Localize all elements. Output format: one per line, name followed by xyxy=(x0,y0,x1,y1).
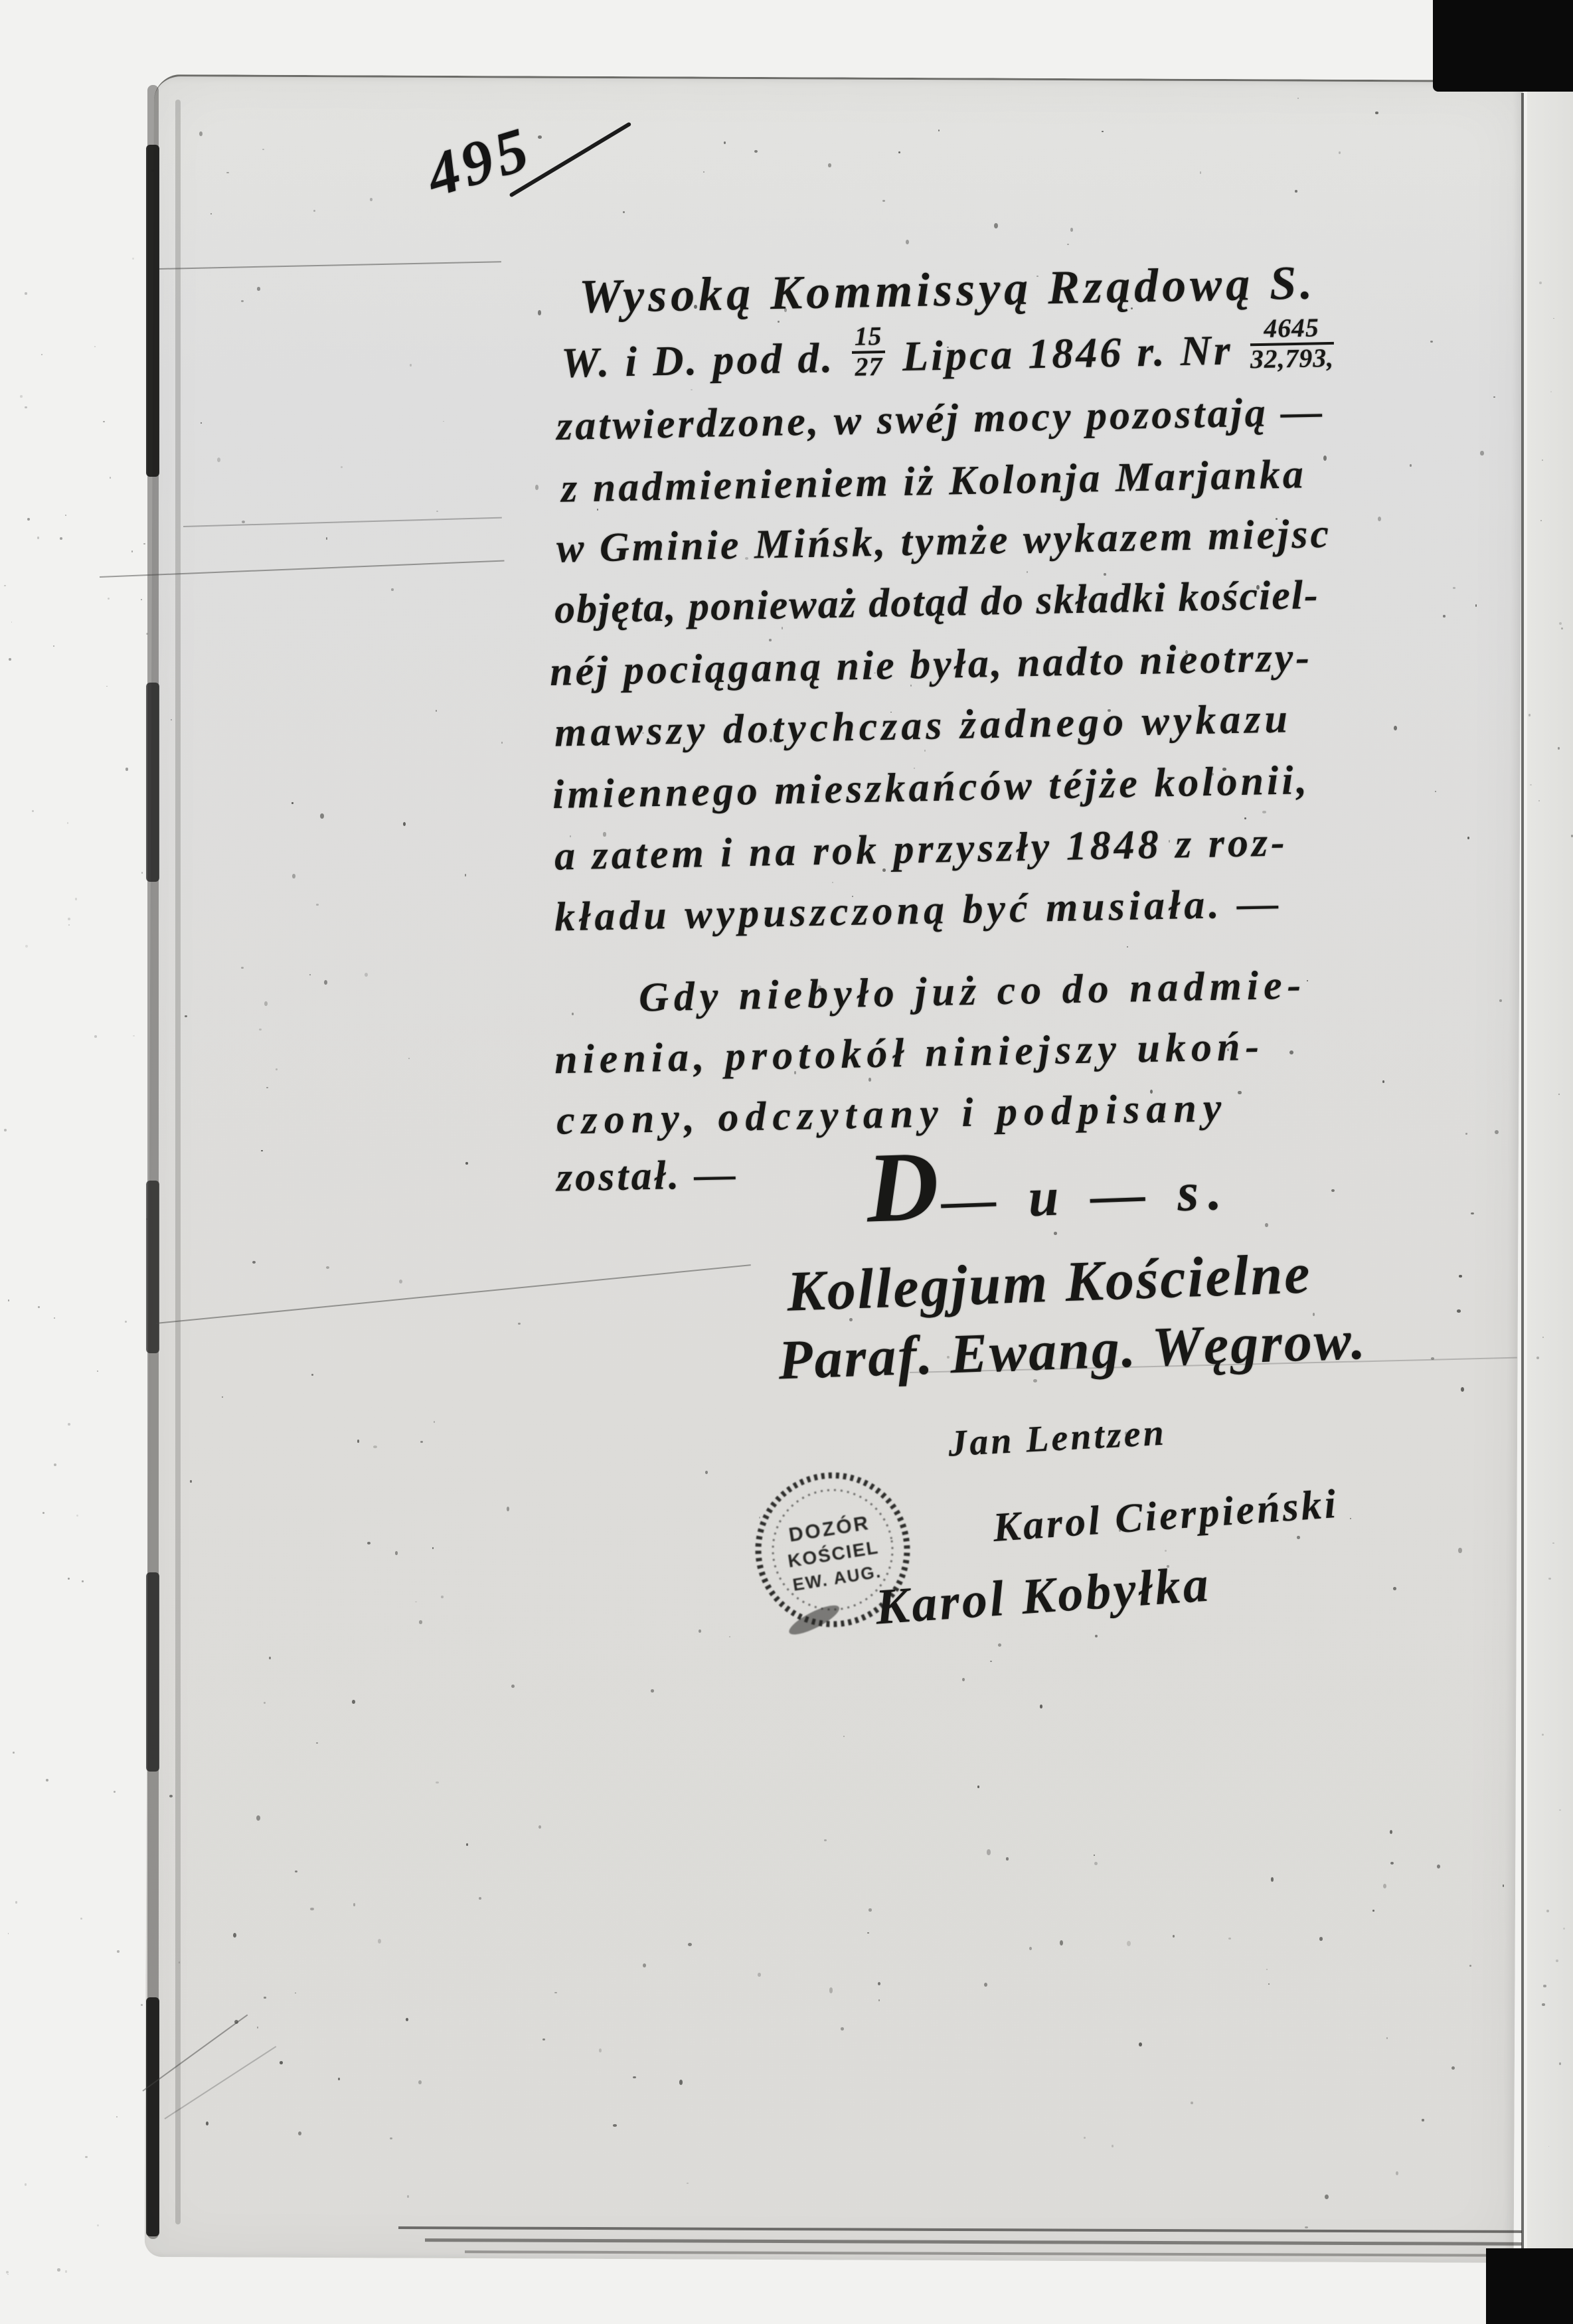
paper-speck xyxy=(1461,1387,1464,1392)
paper-speck xyxy=(1060,1940,1063,1946)
paper-speck xyxy=(217,457,220,462)
paper-speck xyxy=(171,719,172,720)
background-speck xyxy=(116,2116,118,2117)
background-speck xyxy=(68,924,70,926)
paper-speck xyxy=(269,1657,271,1659)
docket-initial: D xyxy=(865,1131,943,1244)
background-speck xyxy=(68,1423,70,1426)
background-speck xyxy=(27,518,30,521)
paper-speck xyxy=(542,2038,545,2040)
paper-speck xyxy=(313,210,315,212)
paper-speck xyxy=(1375,112,1378,114)
paper-speck xyxy=(1289,1050,1293,1054)
paper-speck xyxy=(419,1620,422,1624)
paper-speck xyxy=(434,1421,436,1423)
paper-speck xyxy=(1493,396,1495,398)
paper-speck xyxy=(1459,1275,1462,1278)
paper-speck xyxy=(1457,1309,1461,1312)
paper-speck xyxy=(257,287,260,290)
paper-speck xyxy=(280,2061,283,2064)
background-speck xyxy=(6,2271,9,2274)
background-speck xyxy=(108,598,110,600)
binding-stitch-mark xyxy=(146,1572,159,1772)
paper-speck xyxy=(1331,1189,1335,1193)
paper-speck xyxy=(1094,1855,1095,1856)
background-speck xyxy=(132,258,134,260)
paper-speck xyxy=(406,2018,408,2021)
paper-speck xyxy=(998,1643,1001,1647)
background-speck xyxy=(8,1933,9,1934)
paper-speck xyxy=(352,1700,355,1704)
binding-edge xyxy=(147,85,159,2239)
paper-speck xyxy=(264,1997,266,1998)
background-speck xyxy=(20,395,23,398)
background-speck xyxy=(75,898,78,900)
paper-speck xyxy=(869,1908,871,1912)
paper-speck xyxy=(1067,244,1069,245)
paper-speck xyxy=(338,2078,340,2080)
paper-speck xyxy=(1191,2102,1194,2104)
background-speck xyxy=(1561,627,1563,629)
paper-speck xyxy=(1410,464,1412,467)
paper-speck xyxy=(535,485,538,490)
paper-speck xyxy=(408,1058,410,1059)
paper-speck xyxy=(210,213,212,215)
fraction-numerator: 4645 xyxy=(1250,315,1334,346)
paper-speck xyxy=(390,2137,392,2139)
paper-speck xyxy=(242,521,245,523)
page-gutter-line xyxy=(1521,93,1524,2250)
paper-speck xyxy=(222,1396,223,1398)
paper-speck xyxy=(829,1987,833,1993)
paper-speck xyxy=(410,364,411,367)
paper-speck xyxy=(1006,1857,1009,1861)
paper-speck xyxy=(843,1736,845,1737)
paper-speck xyxy=(1297,98,1299,99)
paper-speck xyxy=(403,822,406,826)
paper-speck xyxy=(824,1839,827,1841)
paper-speck xyxy=(1095,1635,1098,1637)
paper-speck xyxy=(316,1742,318,1744)
paper-speck xyxy=(391,588,393,591)
paper-speck xyxy=(703,171,704,173)
background-speck xyxy=(68,1578,70,1580)
paper-speck xyxy=(295,1870,297,1872)
background-speck xyxy=(1548,2146,1550,2147)
paper-speck xyxy=(705,1471,708,1474)
paper-speck xyxy=(1054,1232,1058,1235)
background-speck xyxy=(54,1317,55,1319)
scan-void-corner xyxy=(1433,0,1573,92)
paper-speck xyxy=(724,141,726,144)
paper-speck xyxy=(687,2183,689,2184)
paper-speck xyxy=(326,537,327,540)
fraction-denominator: 32,793, xyxy=(1250,345,1335,373)
paper-speck xyxy=(599,2048,602,2052)
paper-speck xyxy=(1265,1223,1268,1228)
handwritten-line: został. — xyxy=(556,1153,738,1198)
paper-speck xyxy=(987,1849,990,1855)
background-speck xyxy=(143,543,145,545)
paper-speck xyxy=(1029,1947,1032,1950)
paper-speck xyxy=(1443,615,1445,618)
paper-speck xyxy=(311,1374,313,1376)
paper-speck xyxy=(623,211,625,213)
background-speck xyxy=(1529,714,1531,716)
paper-speck xyxy=(436,1782,439,1784)
paper-speck xyxy=(1266,1969,1268,1970)
paper-speck xyxy=(984,1983,987,1987)
line-text: W. i D. pod d. xyxy=(561,334,835,386)
paper-speck xyxy=(1390,1830,1392,1834)
paper-speck xyxy=(418,2080,422,2084)
background-speck xyxy=(1552,1542,1554,1544)
paper-speck xyxy=(256,1815,260,1821)
paper-speck xyxy=(1238,1091,1241,1095)
paper-speck xyxy=(538,310,541,315)
background-speck xyxy=(1536,1357,1539,1359)
paper-speck xyxy=(1139,2042,1141,2046)
paper-speck xyxy=(1499,999,1501,1002)
paper-speck xyxy=(518,1323,521,1325)
paper-speck xyxy=(1503,1884,1505,1888)
background-speck xyxy=(25,292,27,295)
binding-stitch-mark xyxy=(146,1181,159,1353)
paper-speck xyxy=(1430,341,1433,343)
background-speck xyxy=(25,945,28,948)
docket-rest: — u — s. xyxy=(941,1160,1232,1230)
background-speck xyxy=(141,2004,143,2006)
paper-speck xyxy=(276,1068,278,1070)
line-text: Lipca 1846 r. Nr xyxy=(902,327,1233,380)
background-speck xyxy=(1543,1985,1546,1987)
paper-speck xyxy=(1396,2171,1398,2175)
background-speck xyxy=(57,2268,60,2271)
background-speck xyxy=(1539,282,1542,284)
paper-speck xyxy=(1244,817,1246,820)
paper-speck xyxy=(1165,1550,1167,1552)
background-speck xyxy=(125,1321,127,1323)
paper-speck xyxy=(758,1973,761,1977)
paper-speck xyxy=(241,300,244,303)
paper-speck xyxy=(378,1939,381,1944)
paper-speck xyxy=(878,1982,880,1985)
paper-speck xyxy=(507,1507,509,1511)
background-speck xyxy=(1558,747,1560,750)
background-speck xyxy=(85,2156,87,2158)
paper-speck xyxy=(1339,151,1341,154)
background-speck xyxy=(9,658,11,661)
background-speck xyxy=(60,537,62,540)
paper-speck xyxy=(1475,604,1477,606)
background-speck xyxy=(1538,800,1540,801)
background-speck xyxy=(94,1035,97,1038)
background-speck xyxy=(1542,1734,1544,1736)
paper-speck xyxy=(1027,571,1028,573)
paper-speck xyxy=(832,882,833,883)
paper-speck xyxy=(373,1446,377,1448)
paper-speck xyxy=(1386,2037,1388,2039)
paper-speck xyxy=(1271,1877,1274,1881)
paper-speck xyxy=(310,1908,313,1911)
paper-speck xyxy=(1435,791,1436,792)
paper-speck xyxy=(1094,1862,1098,1865)
paper-speck xyxy=(295,1993,296,1994)
background-speck xyxy=(133,1035,135,1037)
binding-stitch-mark xyxy=(146,1997,159,2236)
paper-speck xyxy=(399,1280,402,1284)
paper-speck xyxy=(432,1547,434,1548)
paper-speck xyxy=(479,1897,481,1900)
paper-speck xyxy=(370,198,373,201)
background-speck xyxy=(37,537,39,539)
background-speck xyxy=(32,810,35,813)
paper-speck xyxy=(994,223,998,228)
paper-speck xyxy=(261,1150,263,1151)
paper-speck xyxy=(754,150,758,153)
paper-speck xyxy=(1319,1937,1323,1940)
paper-speck xyxy=(309,974,311,975)
paper-speck xyxy=(465,1162,468,1165)
background-speck xyxy=(97,2224,99,2226)
paper-speck xyxy=(554,1992,557,1993)
background-speck xyxy=(97,1370,98,1372)
background-speck xyxy=(11,622,13,623)
background-speck xyxy=(53,645,54,647)
background-speck xyxy=(7,2274,9,2276)
background-speck xyxy=(65,2270,67,2272)
background-speck xyxy=(41,354,42,355)
paper-speck xyxy=(257,2027,259,2029)
paper-speck xyxy=(226,172,229,173)
paper-speck xyxy=(415,1602,417,1603)
background-speck xyxy=(54,1463,56,1466)
date-fraction: 1527 xyxy=(851,324,885,380)
paper-speck xyxy=(633,2076,636,2078)
paper-speck xyxy=(924,750,926,752)
paper-speck xyxy=(326,1266,329,1269)
background-speck xyxy=(117,1950,120,1953)
paper-speck xyxy=(1383,1884,1386,1888)
paper-speck xyxy=(420,1441,423,1443)
paper-speck xyxy=(1262,811,1266,813)
background-speck xyxy=(8,1299,10,1301)
background-speck xyxy=(1542,2003,1544,2006)
paper-speck xyxy=(1372,1910,1374,1911)
paper-speck xyxy=(395,1551,398,1554)
paper-speck xyxy=(962,1678,965,1681)
background-speck xyxy=(4,1129,7,1131)
docket-flourish: D— u — s. xyxy=(865,1125,1232,1238)
background-speck xyxy=(15,1901,18,1904)
background-speck xyxy=(1542,459,1543,461)
paper-speck xyxy=(1350,1518,1351,1519)
paper-speck xyxy=(1305,2226,1308,2228)
paper-speck xyxy=(1458,1548,1462,1554)
paper-speck xyxy=(778,321,780,323)
paper-speck xyxy=(353,1903,356,1907)
paper-speck xyxy=(1295,190,1297,192)
paper-speck xyxy=(266,1087,268,1089)
paper-speck xyxy=(538,1825,541,1829)
background-speck xyxy=(141,872,143,874)
background-speck xyxy=(82,1580,84,1582)
paper-speck xyxy=(501,742,503,743)
paper-speck xyxy=(977,1785,980,1787)
paper-speck xyxy=(691,389,693,390)
stamp-smudge xyxy=(786,1600,843,1640)
paper-speck xyxy=(729,1636,730,1637)
background-speck xyxy=(46,1779,48,1782)
paper-speck xyxy=(1228,1938,1232,1940)
paper-speck xyxy=(898,151,900,153)
background-speck xyxy=(1559,622,1562,625)
paper-speck xyxy=(1104,573,1106,576)
paper-speck xyxy=(1453,587,1455,589)
paper-speck xyxy=(1323,456,1327,461)
paper-speck xyxy=(1307,980,1308,981)
paper-speck xyxy=(324,980,327,985)
background-speck xyxy=(1542,1337,1544,1338)
background-speck xyxy=(80,1918,82,1920)
paper-speck xyxy=(878,1999,880,2001)
paper-speck xyxy=(869,1078,871,1081)
background-speck xyxy=(1559,1809,1560,1811)
background-speck xyxy=(106,686,108,687)
background-speck xyxy=(125,768,128,770)
paper-speck xyxy=(572,1013,574,1015)
background-speck xyxy=(110,477,112,479)
paper-speck xyxy=(1200,171,1201,174)
background-speck xyxy=(1563,1928,1566,1930)
paper-speck xyxy=(259,1029,262,1031)
paper-speck xyxy=(357,1440,359,1442)
paper-speck xyxy=(241,967,244,969)
paper-speck xyxy=(1480,451,1483,456)
background-speck xyxy=(25,2183,27,2186)
paper-speck xyxy=(201,422,202,424)
paper-speck xyxy=(867,1932,869,1934)
paper-speck xyxy=(199,131,203,136)
paper-speck xyxy=(1469,1965,1471,1967)
background-speck xyxy=(1540,520,1542,521)
paper-speck xyxy=(1465,1133,1467,1134)
paper-speck xyxy=(252,1261,256,1264)
background-speck xyxy=(1553,318,1554,319)
paper-speck xyxy=(1325,2195,1329,2199)
paper-speck xyxy=(1471,1212,1474,1214)
paper-speck xyxy=(1297,1536,1300,1540)
background-speck xyxy=(25,406,27,409)
paper-speck xyxy=(443,421,445,422)
paper-speck xyxy=(1382,1080,1384,1083)
paper-speck xyxy=(1127,1941,1131,1946)
reference-number-fraction: 464532,793, xyxy=(1250,315,1335,373)
paper-speck xyxy=(938,129,940,131)
background-speck xyxy=(94,346,96,347)
paper-speck xyxy=(264,1001,267,1006)
paper-speck xyxy=(1393,1587,1396,1590)
paper-speck xyxy=(1394,726,1397,730)
paper-speck xyxy=(185,1015,187,1017)
fraction-denominator: 27 xyxy=(852,353,885,380)
paper-speck xyxy=(679,2080,683,2085)
paper-speck xyxy=(769,639,772,641)
paper-speck xyxy=(688,1943,692,1946)
paper-speck xyxy=(1112,2145,1114,2147)
paper-speck xyxy=(291,802,293,803)
paper-speck xyxy=(1451,2066,1455,2070)
paper-speck xyxy=(1467,837,1469,839)
paper-speck xyxy=(1102,131,1104,132)
paper-speck xyxy=(1378,517,1381,521)
background-speck xyxy=(141,599,142,600)
paper-speck xyxy=(1040,1704,1042,1708)
paper-speck xyxy=(436,511,438,512)
paper-speck xyxy=(190,1480,192,1482)
paper-speck xyxy=(651,1689,654,1692)
paper-speck xyxy=(1390,1862,1394,1865)
background-speck xyxy=(114,1791,116,1793)
paper-speck xyxy=(990,1661,992,1663)
paper-speck xyxy=(206,2121,208,2125)
paper-speck xyxy=(828,163,831,167)
background-speck xyxy=(1530,784,1531,786)
paper-speck xyxy=(316,904,318,906)
paper-speck xyxy=(436,710,437,712)
background-speck xyxy=(67,822,69,824)
paper-speck xyxy=(906,240,909,244)
background-speck xyxy=(131,550,133,552)
paper-speck xyxy=(262,149,264,151)
paper-speck xyxy=(365,973,369,977)
paper-speck xyxy=(1127,946,1128,948)
paper-speck xyxy=(298,2131,301,2135)
background-speck xyxy=(1556,1959,1558,1962)
background-speck xyxy=(68,918,70,920)
paper-speck xyxy=(233,1933,236,1938)
paper-speck xyxy=(1084,2137,1086,2139)
background-speck xyxy=(1559,2062,1561,2064)
background-speck xyxy=(1548,1578,1550,1580)
background-speck xyxy=(1558,1094,1560,1095)
background-speck xyxy=(65,515,66,516)
background-speck xyxy=(103,421,105,423)
scanned-document: 495 Wysoką Kommissyą Rządową S. W. i D. … xyxy=(0,0,1573,2324)
binding-stitch-mark xyxy=(146,145,159,477)
paper-speck xyxy=(841,2027,844,2031)
paper-speck xyxy=(169,1795,173,1797)
background-speck xyxy=(76,1515,78,1517)
paper-speck xyxy=(511,1685,515,1689)
paper-speck xyxy=(264,1702,266,1704)
paper-speck xyxy=(441,1596,444,1599)
binding-stitch-mark xyxy=(146,683,159,882)
paper-speck xyxy=(341,466,343,468)
paper-speck xyxy=(407,2195,409,2198)
paper-speck xyxy=(882,200,885,202)
paper-speck xyxy=(179,1961,180,1963)
paper-speck xyxy=(292,874,295,878)
background-speck xyxy=(42,1512,44,1514)
paper-speck xyxy=(466,1843,468,1846)
paper-speck xyxy=(320,813,324,819)
paper-speck xyxy=(465,874,466,876)
background-speck xyxy=(13,1752,15,1754)
paper-speck xyxy=(1495,1130,1499,1134)
background-speck xyxy=(38,1306,40,1308)
paper-speck xyxy=(1070,228,1073,231)
